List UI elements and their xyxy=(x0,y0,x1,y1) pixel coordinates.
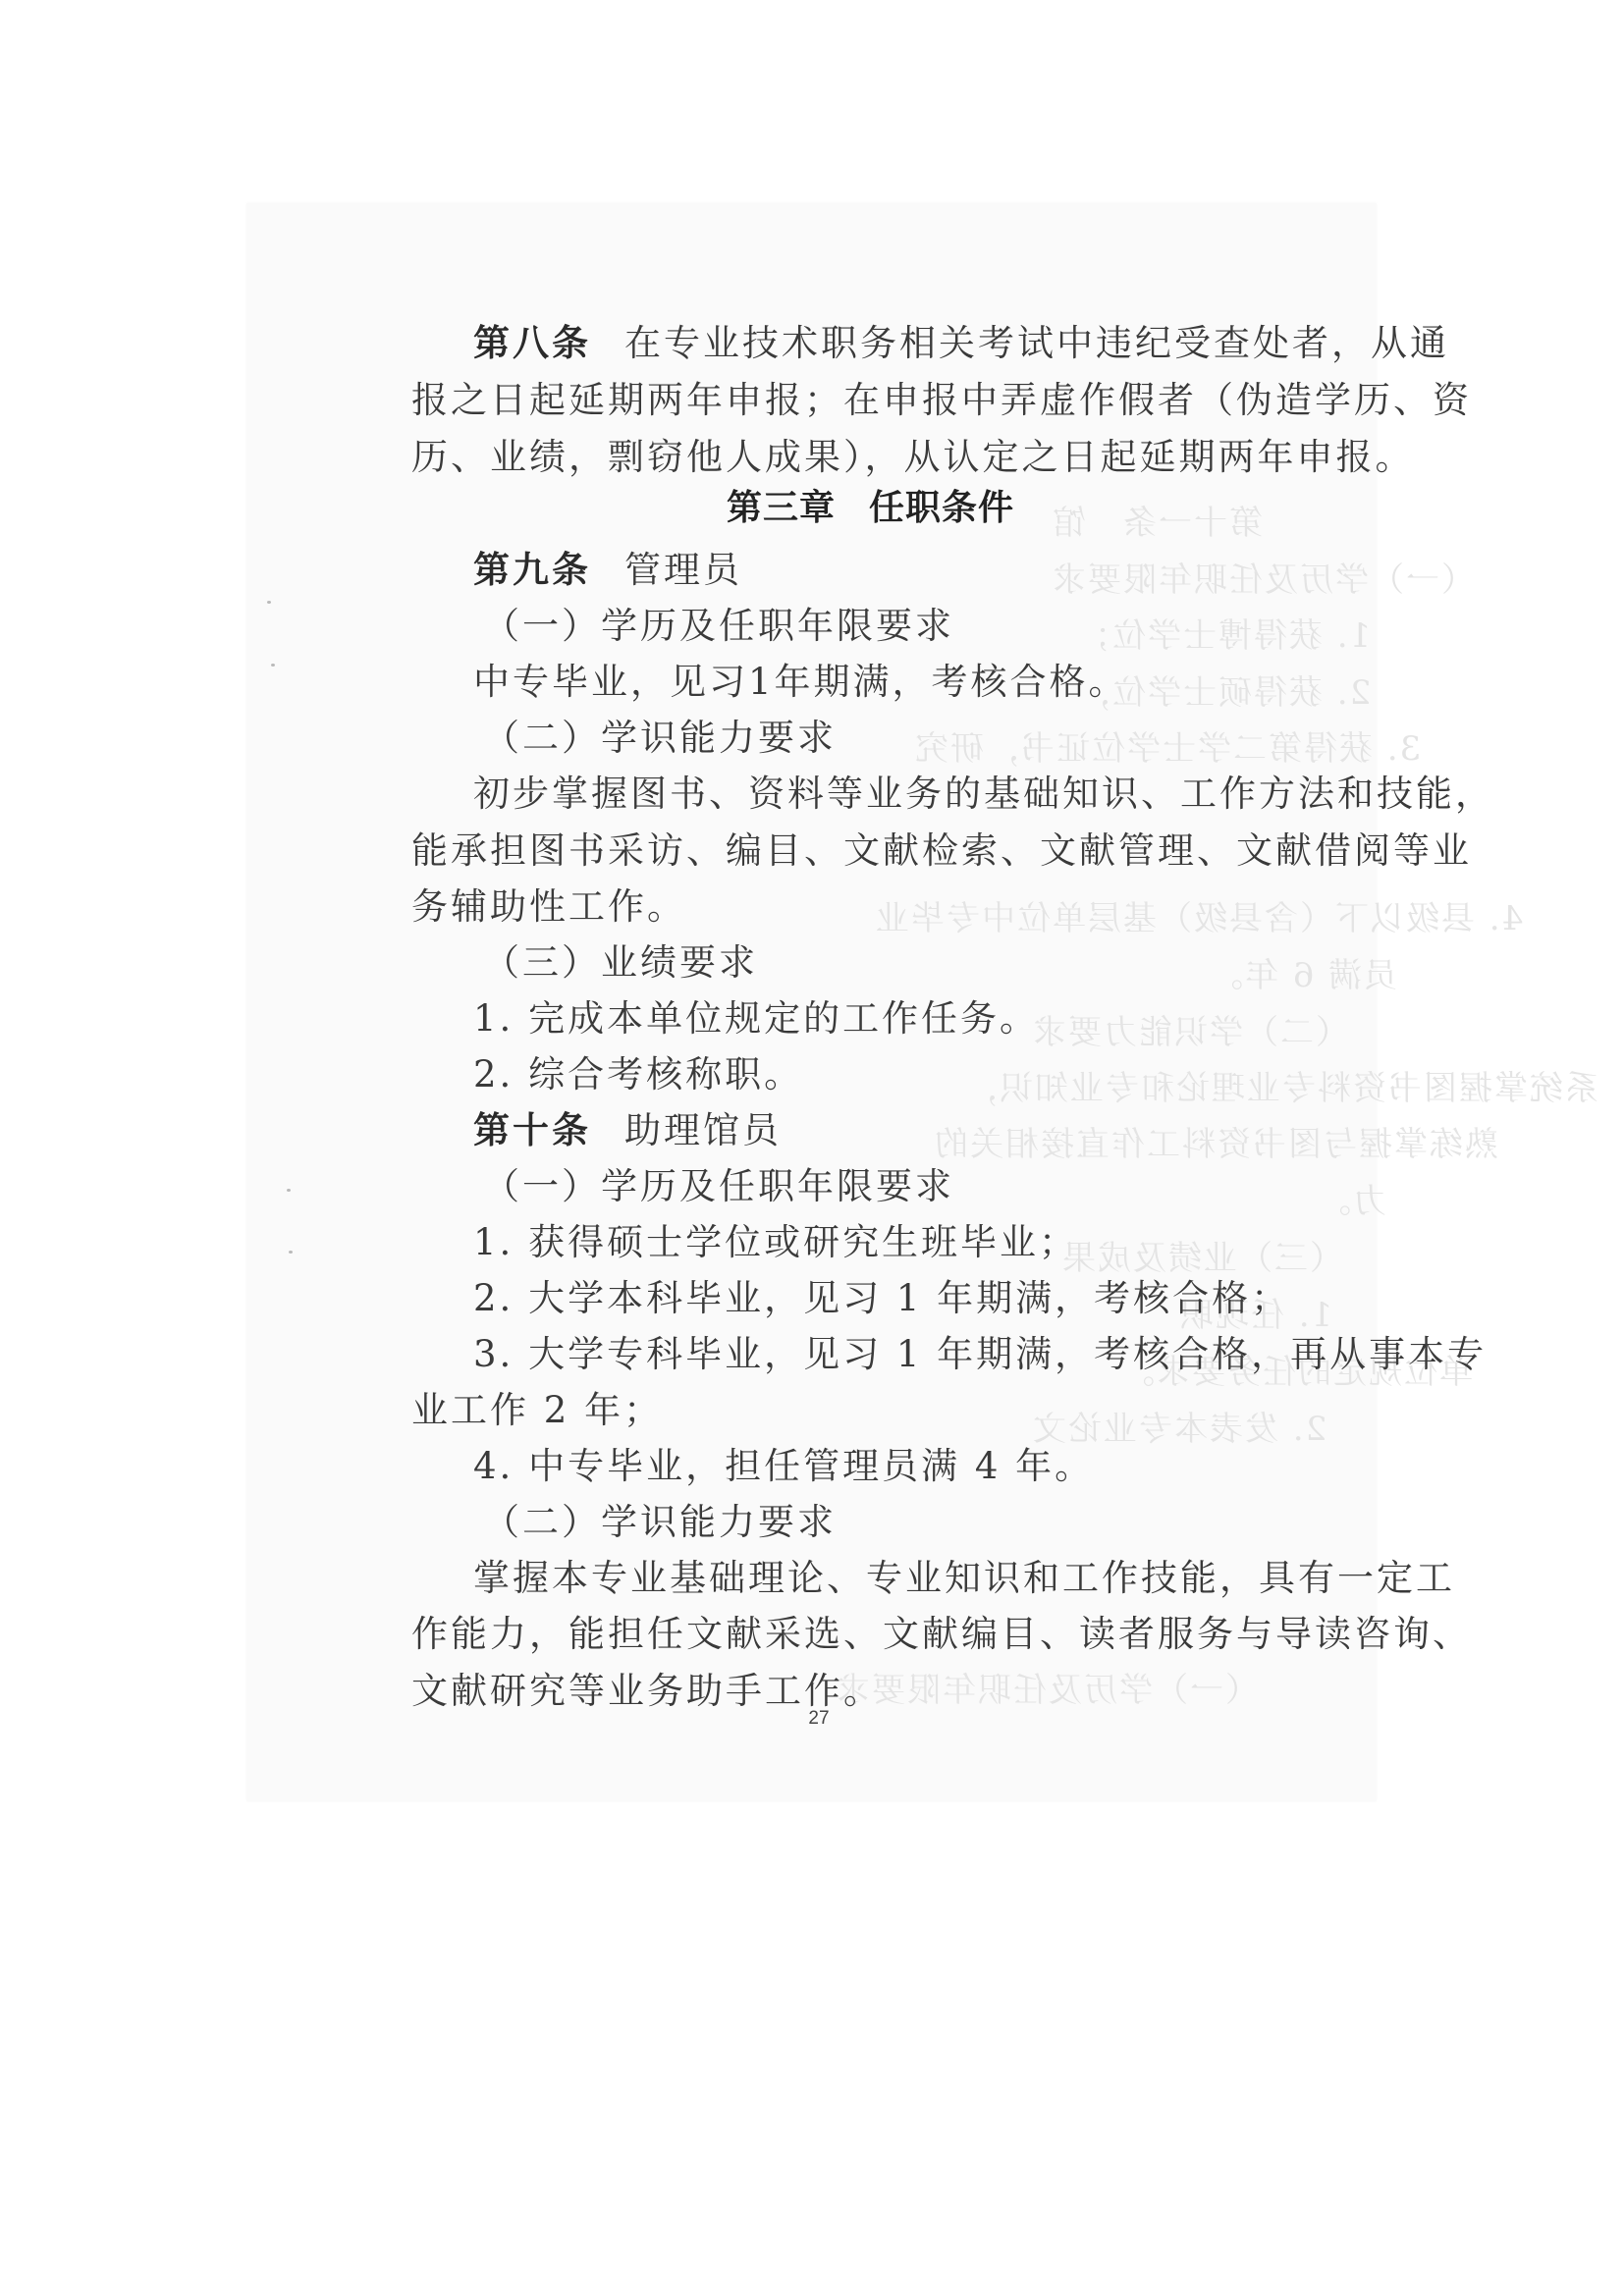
article-8-line-2: 报之日起延期两年申报；在申报中弄虚作假者（伪造学历、资 xyxy=(411,372,1275,429)
article-10-section-1-line: 4. 中专毕业，担任管理员满 4 年。 xyxy=(473,1438,1337,1495)
chapter-number: 第三章 xyxy=(727,488,836,528)
article-8-line-1: 第八条在专业技术职务相关考试中违纪受查处者，从通 xyxy=(473,315,1337,372)
article-10-heading: 第十条助理馆员 xyxy=(473,1102,1337,1159)
article-9-section-2-line: 能承担图书采访、编目、文献检索、文献管理、文献借阅等业 xyxy=(411,823,1275,880)
article-10-section-2-heading: （二）学识能力要求 xyxy=(483,1494,1347,1551)
article-9-section-3-line: 1. 完成本单位规定的工作任务。 xyxy=(473,990,1337,1047)
article-9-section-2-line: 务辅助性工作。 xyxy=(411,879,1275,935)
article-10-section-2-line: 文献研究等业务助手工作。 xyxy=(411,1663,1275,1720)
article-9-section-2-heading: （二）学识能力要求 xyxy=(483,710,1347,767)
article-8-line-3: 历、业绩，剽窃他人成果），从认定之日起延期两年申报。 xyxy=(411,429,1275,486)
article-10-section-1-line: 3. 大学专科毕业，见习 1 年期满，考核合格，再从事本专 xyxy=(473,1326,1337,1383)
article-9-section-3-heading: （三）业绩要求 xyxy=(483,934,1347,991)
article-10-section-2-line: 作能力，能担任文献采选、文献编目、读者服务与导读咨询、 xyxy=(411,1606,1275,1663)
article-10-title: 助理馆员 xyxy=(624,1109,782,1151)
article-10-section-1-line: 1. 获得硕士学位或研究生班毕业； xyxy=(473,1214,1337,1271)
scan-speck xyxy=(271,664,275,667)
article-9-label: 第九条 xyxy=(473,549,591,591)
article-8-label: 第八条 xyxy=(473,322,591,364)
article-8-text: 在专业技术职务相关考试中违纪受查处者，从通 xyxy=(624,322,1449,364)
article-9-section-2-line: 初步掌握图书、资料等业务的基础知识、工作方法和技能， xyxy=(473,766,1337,823)
article-9-title: 管理员 xyxy=(624,549,742,591)
article-9-section-1-heading: （一）学历及任职年限要求 xyxy=(483,598,1347,655)
article-10-section-2-line: 掌握本专业基础理论、专业知识和工作技能，具有一定工 xyxy=(473,1550,1337,1607)
article-10-label: 第十条 xyxy=(473,1109,591,1151)
article-9-section-3-line: 2. 综合考核称职。 xyxy=(473,1046,1337,1103)
chapter-heading: 第三章任职条件 xyxy=(727,481,1014,536)
scan-speck xyxy=(287,1189,291,1192)
article-9-heading: 第九条管理员 xyxy=(473,542,1337,599)
chapter-title: 任职条件 xyxy=(869,488,1014,528)
article-10-section-1-line: 2. 大学本科毕业，见习 1 年期满，考核合格； xyxy=(473,1270,1337,1327)
article-9-section-1-line: 中专毕业，见习1年期满，考核合格。 xyxy=(473,654,1337,711)
page-number: 27 xyxy=(803,1708,835,1730)
article-10-section-1-line: 业工作 2 年； xyxy=(411,1382,1275,1439)
scan-speck xyxy=(289,1251,293,1254)
scan-speck xyxy=(267,601,271,604)
article-10-section-1-heading: （一）学历及任职年限要求 xyxy=(483,1158,1347,1215)
